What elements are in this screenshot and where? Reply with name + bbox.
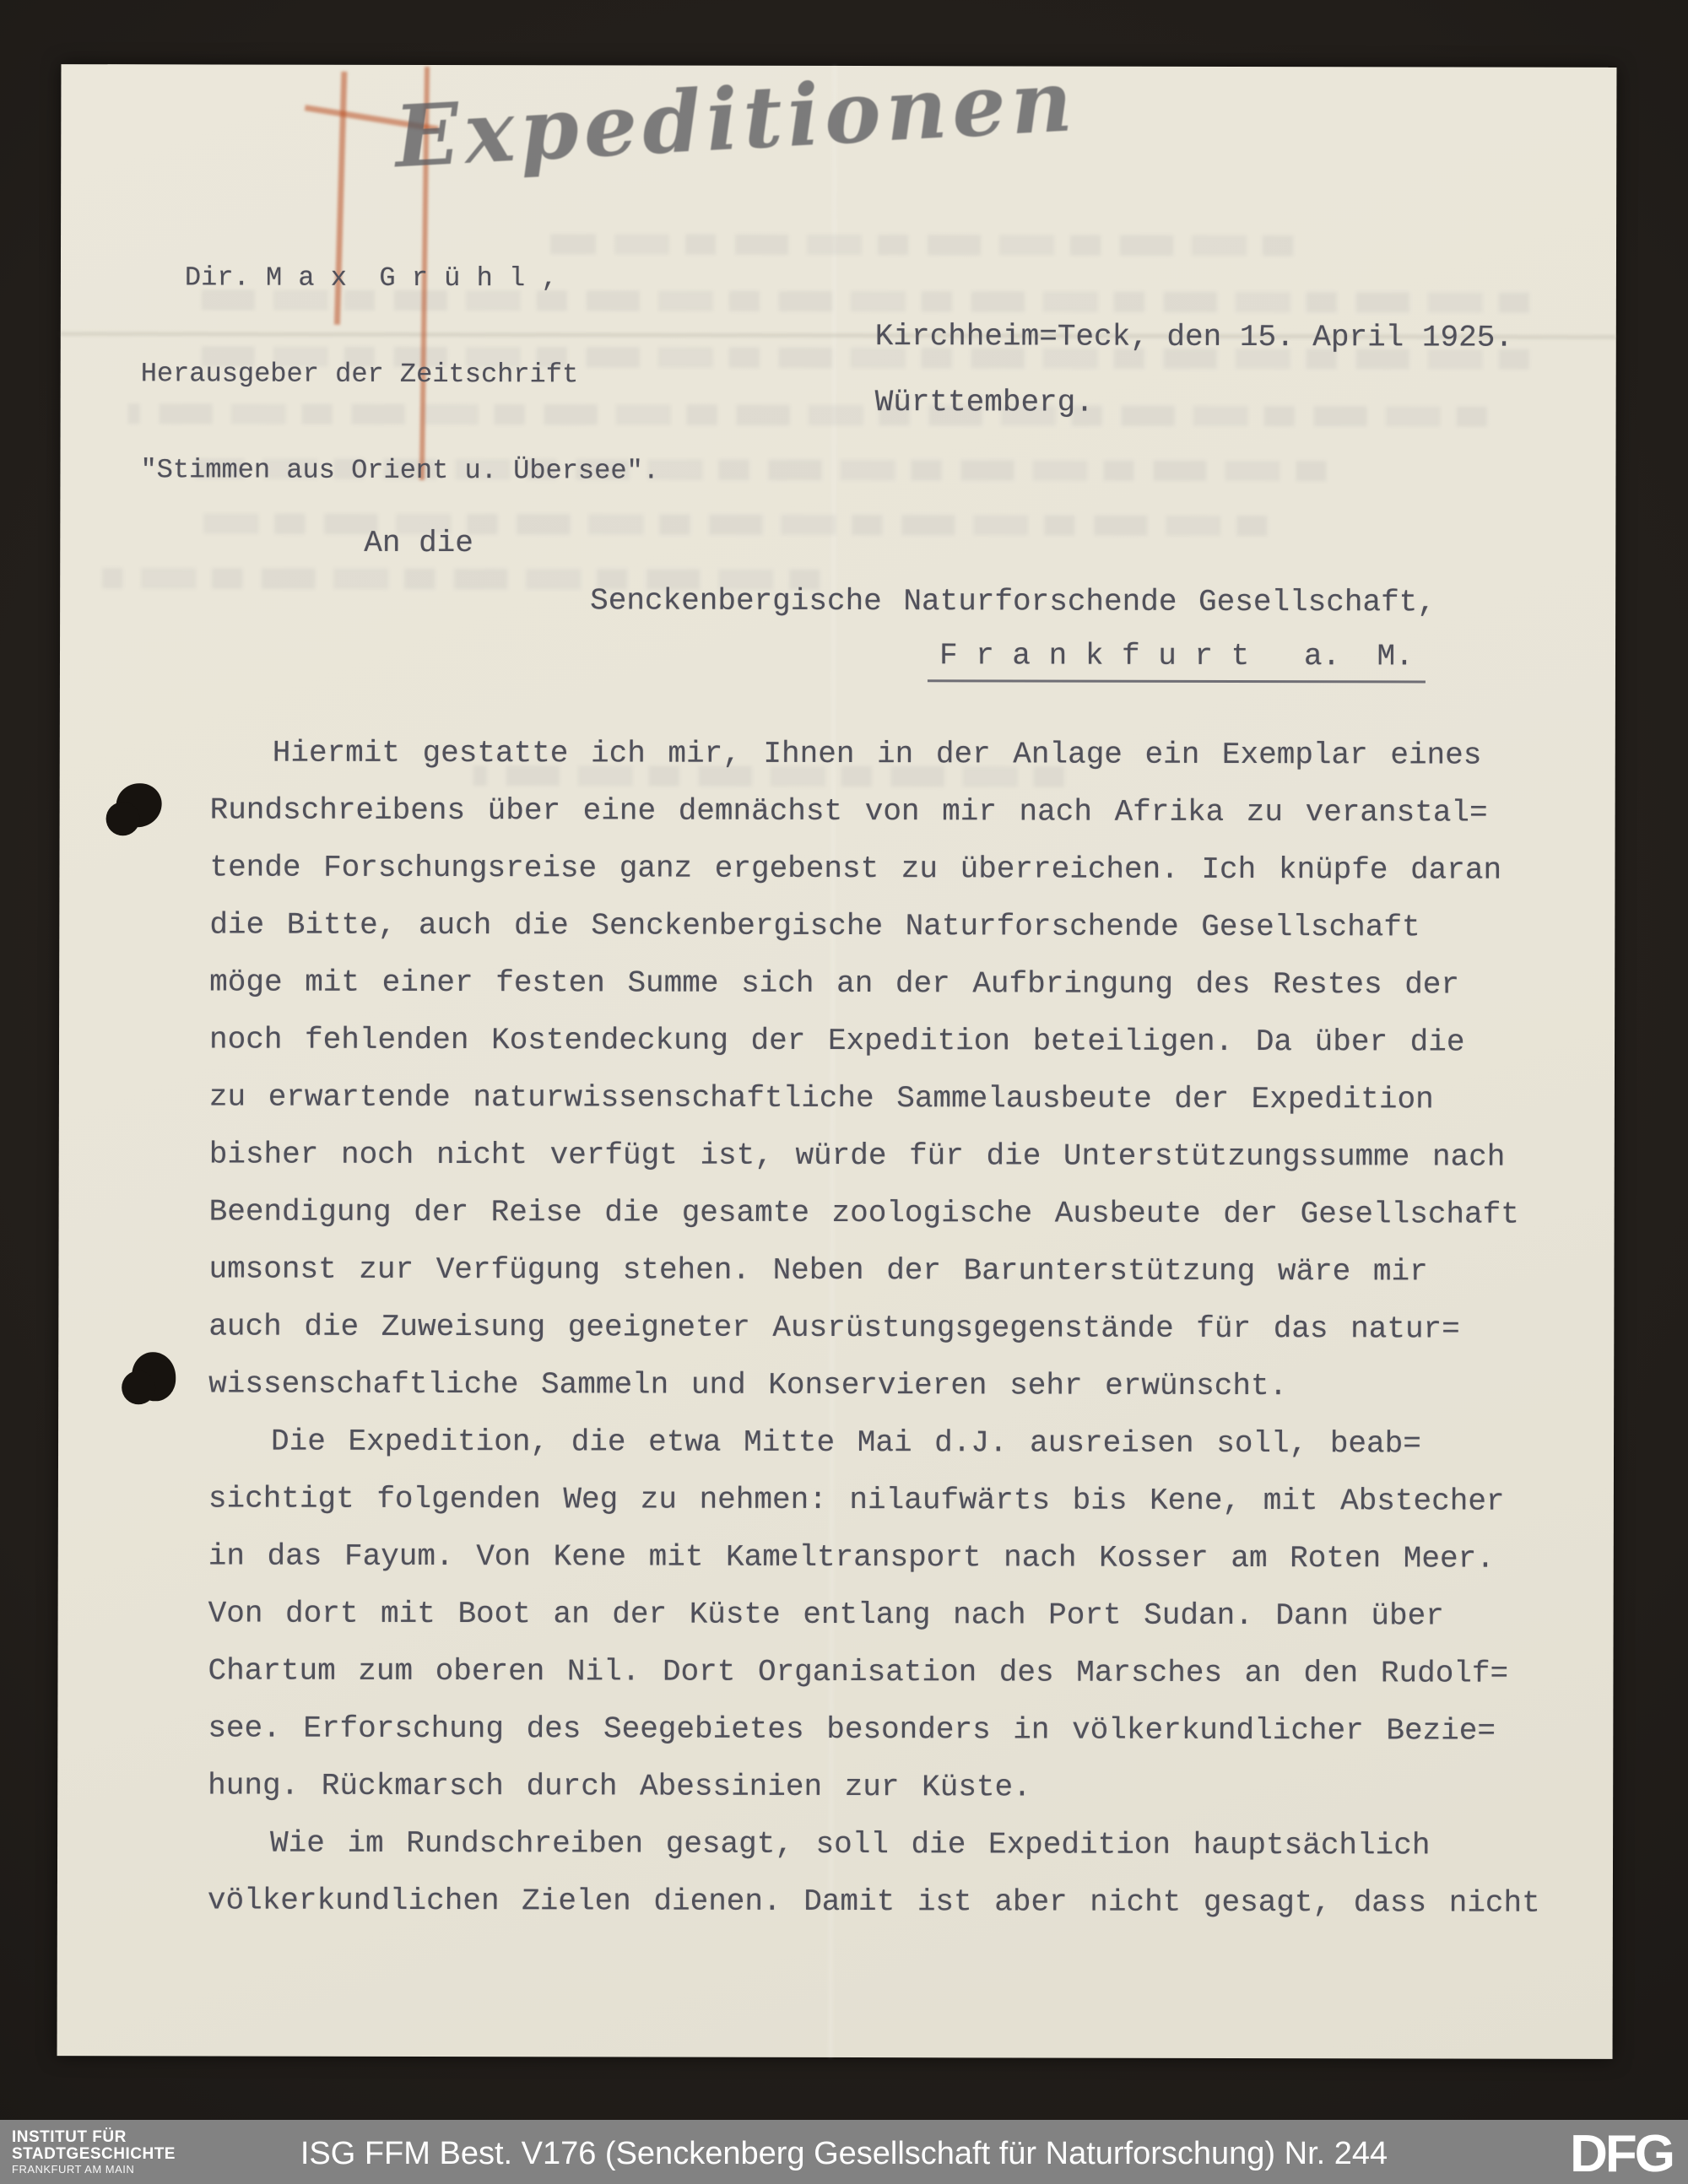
archive-scan-viewer: Expeditionen Dir. M a x G r ü h l , Hera… <box>0 0 1688 2184</box>
body-line: bisher noch nicht verfügt ist, würde für… <box>209 1126 1542 1186</box>
body-line: möge mit einer festen Summe sich an der … <box>209 954 1542 1014</box>
body-line: auch die Zuweisung geeigneter Ausrüstung… <box>208 1298 1541 1358</box>
body-line: Die Expedition, die etwa Mitte Mai d.J. … <box>208 1413 1541 1473</box>
body-line: sichtigt folgenden Weg zu nehmen: nilauf… <box>208 1470 1541 1530</box>
letter-body: Hiermit gestatte ich mir, Ihnen in der A… <box>208 724 1543 1932</box>
body-line: in das Fayum. Von Kene mit Kameltranspor… <box>208 1527 1541 1587</box>
recipient-salutation: An die <box>364 526 473 560</box>
letterhead-role: Herausgeber der Zeitschrift <box>141 358 660 391</box>
recipient-city: F r a n k f u r t a. M. <box>928 638 1426 683</box>
body-line: Wie im Rundschreiben gesagt, soll die Ex… <box>208 1814 1540 1874</box>
pencil-annotation: Expeditionen <box>392 51 1079 187</box>
body-line: noch fehlenden Kostendeckung der Expedit… <box>209 1011 1542 1071</box>
body-line: tende Forschungsreise ganz ergebenst zu … <box>209 839 1542 899</box>
letterhead-name: Dir. M a x G r ü h l , <box>141 262 660 295</box>
punch-hole <box>132 1352 176 1401</box>
body-line: Rundschreibens über eine demnächst von m… <box>210 781 1543 841</box>
letter-page: Expeditionen Dir. M a x G r ü h l , Hera… <box>57 64 1617 2059</box>
body-line: Beendigung der Reise die gesamte zoologi… <box>209 1183 1542 1243</box>
body-line: hung. Rückmarsch durch Abessinien zur Kü… <box>208 1757 1540 1817</box>
letterhead-journal: "Stimmen aus Orient u. Übersee". <box>140 454 659 487</box>
body-line: umsonst zur Verfügung stehen. Neben der … <box>208 1241 1541 1300</box>
dateline-region: Württemberg. <box>875 385 1094 420</box>
body-line: die Bitte, auch die Senckenbergische Nat… <box>209 896 1542 956</box>
body-line: Hiermit gestatte ich mir, Ihnen in der A… <box>210 724 1543 784</box>
recipient-organization: Senckenbergische Naturforschende Gesells… <box>590 583 1436 619</box>
bleedthrough-row <box>550 234 1293 256</box>
archive-reference: ISG FFM Best. V176 (Senckenberg Gesellsc… <box>0 2136 1688 2172</box>
punch-hole <box>116 783 162 827</box>
body-line: Von dort mit Boot an der Küste entlang n… <box>208 1585 1541 1645</box>
body-line: völkerkundlichen Zielen dienen. Damit is… <box>208 1872 1540 1932</box>
body-line: wissenschaftliche Sammeln und Konservier… <box>208 1355 1541 1415</box>
dateline-place-date: Kirchheim=Teck, den 15. April 1925. <box>875 319 1513 355</box>
dfg-logo: DFG <box>1570 2124 1673 2184</box>
body-line: see. Erforschung des Seegebietes besonde… <box>208 1700 1540 1760</box>
archive-footer-bar: INSTITUT FÜR STADTGESCHICHTE FRANKFURT A… <box>0 2120 1688 2184</box>
letterhead: Dir. M a x G r ü h l , Herausgeber der Z… <box>140 197 659 551</box>
body-line: Chartum zum oberen Nil. Dort Organisatio… <box>208 1642 1540 1702</box>
body-line: zu erwartende naturwissenschaftliche Sam… <box>209 1068 1542 1128</box>
